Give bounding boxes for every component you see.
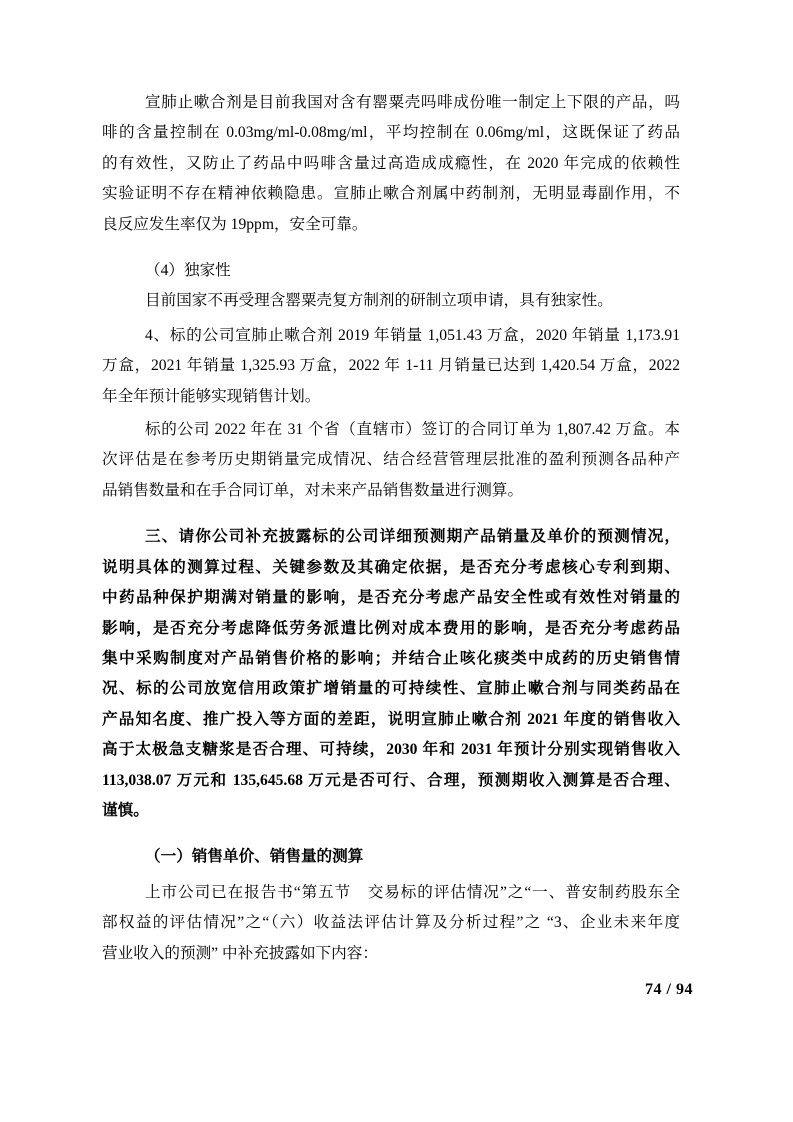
text-line: 宣肺止嗽合剂是目前我国对含有罂粟壳吗啡成份唯一制定上下限的产品，吗	[102, 88, 680, 118]
text-line: 良反应发生率仅为 19ppm，安全可靠。	[102, 210, 680, 240]
text-line: 说明具体的测算过程、关键参数及其确定依据，是否充分考虑核心专利到期、	[102, 553, 680, 583]
text-line: 实验证明不存在精神依赖隐患。宣肺止嗽合剂属中药制剂，无明显毒副作用，不	[102, 179, 680, 209]
document-page: 宣肺止嗽合剂是目前我国对含有罂粟壳吗啡成份唯一制定上下限的产品，吗啡的含量控制在…	[0, 0, 793, 1122]
paragraph-sales-volume-history: 4、标的公司宣肺止嗽合剂 2019 年销量 1,051.43 万盒，2020 年…	[102, 321, 680, 412]
text-line: 次评估是在参考历史期销量完成情况、结合经营管理层批准的盈利预测各品种产	[102, 445, 680, 475]
text-line: 标的公司 2022 年在 31 个省（直辖市）签订的合同订单为 1,807.42…	[102, 415, 680, 445]
paragraph-contract-orders: 标的公司 2022 年在 31 个省（直辖市）签订的合同订单为 1,807.42…	[102, 415, 680, 506]
text-line: 啡的含量控制在 0.03mg/ml-0.08mg/ml，平均控制在 0.06mg…	[102, 118, 680, 148]
text-line: 年全年预计能够实现销售计划。	[102, 382, 680, 412]
text-line: （4）独家性	[102, 256, 680, 286]
text-line: 中药品种保护期满对销量的影响，是否充分考虑产品安全性或有效性对销量的	[102, 583, 680, 613]
text-line: 产品知名度、推广投入等方面的差距，说明宣肺止嗽合剂 2021 年度的销售收入	[102, 705, 680, 735]
text-line: 部权益的评估情况”之“（六）收益法评估计算及分析过程”之 “3、企业未来年度	[102, 908, 680, 938]
text-line: 113,038.07 万元和 135,645.68 万元是否可行、合理，预测期收…	[102, 766, 680, 796]
text-line: 高于太极急支糖浆是否合理、可持续，2030 年和 2031 年预计分别实现销售收…	[102, 735, 680, 765]
text-line: 上市公司已在报告书“第五节 交易标的评估情况”之“一、普安制药股东全	[102, 878, 680, 908]
page-content: 宣肺止嗽合剂是目前我国对含有罂粟壳吗啡成份唯一制定上下限的产品，吗啡的含量控制在…	[102, 0, 680, 969]
text-line: 谨慎。	[102, 796, 680, 826]
text-line: 集中采购制度对产品销售价格的影响；并结合止咳化痰类中成药的历史销售情	[102, 644, 680, 674]
subsection-heading: （一）销售单价、销售量的测算	[102, 842, 680, 872]
text-line: 目前国家不再受理含罂粟壳复方制剂的研制立项申请，具有独家性。	[102, 286, 680, 316]
text-line: 况、标的公司放宽信用政策扩增销量的可持续性、宣肺止嗽合剂与同类药品在	[102, 674, 680, 704]
paragraph-exclusivity-body: 目前国家不再受理含罂粟壳复方制剂的研制立项申请，具有独家性。	[102, 286, 680, 316]
text-line: 4、标的公司宣肺止嗽合剂 2019 年销量 1,051.43 万盒，2020 年…	[102, 321, 680, 351]
text-line: 三、请你公司补充披露标的公司详细预测期产品销量及单价的预测情况，	[102, 522, 680, 552]
text-line: 万盒，2021 年销量 1,325.93 万盒，2022 年 1-11 月销量已…	[102, 351, 680, 381]
paragraph-inquiry-question: 三、请你公司补充披露标的公司详细预测期产品销量及单价的预测情况，说明具体的测算过…	[102, 522, 680, 826]
text-line: 品销售数量和在手合同订单，对未来产品销售数量进行测算。	[102, 476, 680, 506]
paragraph-product-safety: 宣肺止嗽合剂是目前我国对含有罂粟壳吗啡成份唯一制定上下限的产品，吗啡的含量控制在…	[102, 88, 680, 240]
text-line: 影响，是否充分考虑降低劳务派遣比例对成本费用的影响，是否充分考虑药品	[102, 614, 680, 644]
text-line: （一）销售单价、销售量的测算	[102, 842, 680, 872]
paragraph-disclosure-intro: 上市公司已在报告书“第五节 交易标的评估情况”之“一、普安制药股东全部权益的评估…	[102, 878, 680, 969]
text-line: 的有效性，又防止了药品中吗啡含量过高造成成瘾性，在 2020 年完成的依赖性	[102, 149, 680, 179]
text-line: 营业收入的预测” 中补充披露如下内容：	[102, 939, 680, 969]
paragraph-exclusivity-heading: （4）独家性	[102, 256, 680, 286]
page-number: 74 / 94	[645, 981, 693, 999]
